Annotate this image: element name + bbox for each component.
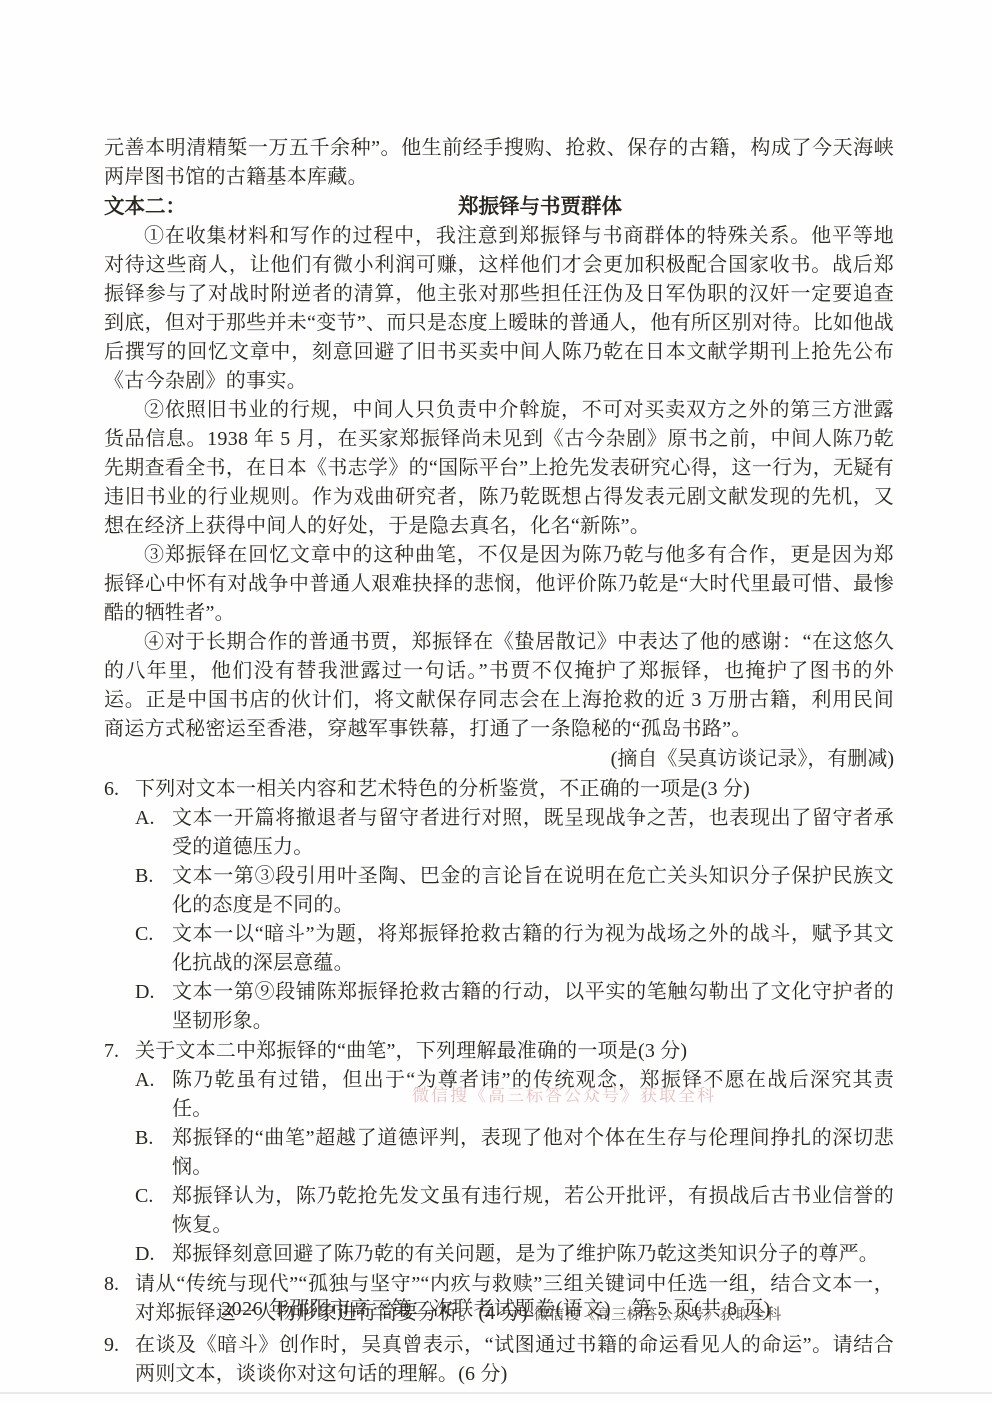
page-footer: 2026 年邵阳市高三第二次联考试题卷(语文) 第 5 页(共 8 页) [0, 1292, 992, 1321]
option-text: 文本一第③段引用叶圣陶、巴金的言论旨在说明在危亡关头知识分子保护民族文化的态度是… [172, 862, 894, 920]
question-6-option-c: C. 文本一以“暗斗”为题，将郑振铎抢救古籍的行为视为战场之外的战斗，赋予其文化… [104, 920, 894, 978]
scan-bottom-edge [0, 1392, 992, 1394]
question-6-number: 6. [104, 775, 135, 804]
option-text: 陈乃乾虽有过错，但出于“为尊者讳”的传统观念，郑振铎不愿在战后深究其责任。 [172, 1066, 894, 1124]
text2-heading: 文本二： 郑振铎与书贾群体 [104, 192, 894, 222]
passage-continuation: 元善本明清精椠一万五千余种”。他生前经手搜购、抢救、保存的古籍，构成了今天海峡两… [104, 134, 894, 192]
question-9-number: 9. [104, 1331, 135, 1389]
question-7-stem: 关于文本二中郑振铎的“曲笔”，下列理解最准确的一项是(3 分) [135, 1037, 894, 1066]
question-6: 6. 下列对文本一相关内容和艺术特色的分析鉴赏，不正确的一项是(3 分) [104, 775, 894, 804]
option-text: 郑振铎的“曲笔”超越了道德评判，表现了他对个体在生存与伦理间挣扎的深切悲悯。 [172, 1124, 894, 1182]
question-7-option-d: D. 郑振铎刻意回避了陈乃乾的有关问题，是为了维护陈乃乾这类知识分子的尊严。 [104, 1240, 894, 1269]
source-attribution: (摘自《吴真访谈记录》，有删减) [104, 744, 894, 774]
question-6-option-a: A. 文本一开篇将撤退者与留守者进行对照，既呈现战争之苦，也表现出了留守者承受的… [104, 804, 894, 862]
option-text: 文本一第⑨段铺陈郑振铎抢救古籍的行动，以平实的笔触勾勒出了文化守护者的坚韧形象。 [172, 978, 894, 1036]
exam-page: 元善本明清精椠一万五千余种”。他生前经手搜购、抢救、保存的古籍，构成了今天海峡两… [0, 0, 992, 1403]
option-letter: A. [135, 1066, 172, 1124]
option-letter: C. [135, 920, 172, 978]
passage-paragraph-2: ②依照旧书业的行规，中间人只负责中介斡旋，不可对买卖双方之外的第三方泄露货品信息… [104, 396, 894, 541]
option-text: 文本一以“暗斗”为题，将郑振铎抢救古籍的行为视为战场之外的战斗，赋予其文化抗战的… [172, 920, 894, 978]
question-7-option-b: B. 郑振铎的“曲笔”超越了道德评判，表现了他对个体在生存与伦理间挣扎的深切悲悯… [104, 1124, 894, 1182]
option-letter: B. [135, 862, 172, 920]
question-6-stem: 下列对文本一相关内容和艺术特色的分析鉴赏，不正确的一项是(3 分) [135, 775, 894, 804]
option-letter: A. [135, 804, 172, 862]
option-letter: D. [135, 1240, 172, 1269]
option-text: 文本一开篇将撤退者与留守者进行对照，既呈现战争之苦，也表现出了留守者承受的道德压… [172, 804, 894, 862]
option-letter: C. [135, 1182, 172, 1240]
text2-section-label: 文本二： [104, 192, 186, 222]
option-text: 郑振铎刻意回避了陈乃乾的有关问题，是为了维护陈乃乾这类知识分子的尊严。 [172, 1240, 894, 1269]
question-7-number: 7. [104, 1037, 135, 1066]
question-7: 7. 关于文本二中郑振铎的“曲笔”，下列理解最准确的一项是(3 分) [104, 1037, 894, 1066]
passage-paragraph-4: ④对于长期合作的普通书贾，郑振铎在《蛰居散记》中表达了他的感谢：“在这悠久的八年… [104, 628, 894, 744]
text2-title: 郑振铎与书贾群体 [186, 192, 894, 222]
option-text: 郑振铎认为，陈乃乾抢先发文虽有违行规，若公开批评，有损战后古书业信誉的恢复。 [172, 1182, 894, 1240]
option-letter: D. [135, 978, 172, 1036]
question-7-option-c: C. 郑振铎认为，陈乃乾抢先发文虽有违行规，若公开批评，有损战后古书业信誉的恢复… [104, 1182, 894, 1240]
question-7-option-a: A. 陈乃乾虽有过错，但出于“为尊者讳”的传统观念，郑振铎不愿在战后深究其责任。 [104, 1066, 894, 1124]
question-9-stem: 在谈及《暗斗》创作时，吴真曾表示，“试图通过书籍的命运看见人的命运”。请结合两则… [135, 1331, 894, 1389]
page-content: 元善本明清精椠一万五千余种”。他生前经手搜购、抢救、保存的古籍，构成了今天海峡两… [104, 134, 894, 1389]
passage-paragraph-3: ③郑振铎在回忆文章中的这种曲笔，不仅是因为陈乃乾与他多有合作，更是因为郑振铎心中… [104, 541, 894, 628]
question-9: 9. 在谈及《暗斗》创作时，吴真曾表示，“试图通过书籍的命运看见人的命运”。请结… [104, 1331, 894, 1389]
question-6-option-d: D. 文本一第⑨段铺陈郑振铎抢救古籍的行动，以平实的笔触勾勒出了文化守护者的坚韧… [104, 978, 894, 1036]
passage-paragraph-1: ①在收集材料和写作的过程中，我注意到郑振铎与书商群体的特殊关系。他平等地对待这些… [104, 222, 894, 396]
question-6-option-b: B. 文本一第③段引用叶圣陶、巴金的言论旨在说明在危亡关头知识分子保护民族文化的… [104, 862, 894, 920]
option-letter: B. [135, 1124, 172, 1182]
